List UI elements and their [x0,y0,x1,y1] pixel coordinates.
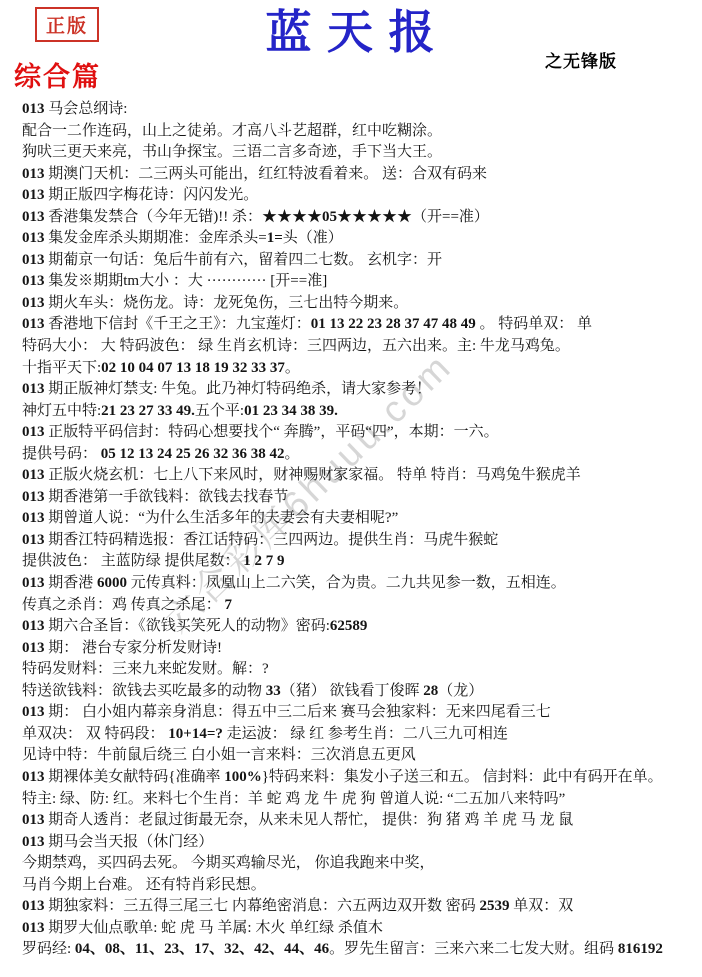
report-line: 013 期六合圣旨：《欲钱买笑死人的动物》密码:62589 [22,616,698,638]
report-line: 013 期曾道人说：“为什么生活多年的夫妻会有夫妻相呢?” [22,508,698,530]
report-line: 特主: 绿、防: 红。来料七个生肖：羊 蛇 鸡 龙 牛 虎 狗 曾道人说: “二… [22,789,698,811]
edition-subtitle: 之无锋版 [545,47,617,72]
report-line: 013 集发※期期tm大小 ：大 ············ [开==准] [22,271,698,293]
report-line: 罗码经: 04、08、11、23、17、32、42、44、46。罗先生留言：三来… [22,939,698,961]
report-line: 013 期香港 6000 元传真料：凤凰山上二六笑，合为贵。二九共见参一数，五相… [22,573,698,595]
report-line: 013 期澳门天机：二三两头可能出，红红特波看着来。 送：合双有码来 [22,164,698,186]
report-line: 013 期： 港台专家分析发财诗! [22,638,698,660]
report-line: 013 正版火烧玄机：七上八下来风时，财神赐财家家福。 特单 特肖：马鸡兔牛猴虎… [22,465,698,487]
report-line: 013 期正版四字梅花诗：闪闪发光。 [22,185,698,207]
report-line: 013 马会总纲诗: [22,99,698,121]
report-line: 十指平天下:02 10 04 07 13 18 19 32 33 37。 [22,358,698,380]
report-page: 正版 蓝 天 报 之无锋版 综合篇 六合彩库6huuu.com 013 马会总纲… [0,0,702,977]
report-line: 013 期香江特码精选报：香江话特码：三四两边。提供生肖：马虎牛猴蛇 [22,530,698,552]
report-line: 马肖今期上台难。 还有特肖彩民想。 [22,875,698,897]
report-line: 013 期罗大仙点歌单: 蛇 虎 马 羊属: 木火 单红绿 杀值木 [22,918,698,940]
section-heading: 综合篇 [14,55,101,94]
report-line: 013 集发金库杀头期期准：金库杀头=1=头（准） [22,228,698,250]
report-line: 特码大小： 大 特码波色： 绿 生肖玄机诗：三四两边，五六出来。主: 牛龙马鸡兔… [22,336,698,358]
report-line: 见诗中特：牛前鼠后绕三 白小姐一言来料：三次消息五更风 [22,745,698,767]
report-line: 提供波色： 主蓝防绿 提供尾数： 1 2 7 9 [22,551,698,573]
report-line: 013 香港集发禁合（今年无错)!! 杀：★★★★05★★★★★（开==准） [22,207,698,229]
report-line: 狗吠三更天来亮，书山争探宝。三语二言多奇迹，手下当大王。 [22,142,698,164]
report-line: 013 期香港第一手欲钱料：欲钱去找春节 [22,487,698,509]
report-line: 今期禁鸡，买四码去死。 今期买鸡输尽光， 你追我跑来中奖， [22,853,698,875]
report-line: 传真之杀肖：鸡 传真之杀尾： 7 [22,595,698,617]
report-line: 013 期独家料：三五得三尾三七 内幕绝密消息：六五两边双开数 密码 2539 … [22,896,698,918]
report-line: 013 期葡京一句话：兔后牛前有六，留着四二七数。 玄机字：开 [22,250,698,272]
report-line: 提供号码： 05 12 13 24 25 26 32 36 38 42。 [22,444,698,466]
report-line: 神灯五中特:21 23 27 33 49.五个平:01 23 34 38 39. [22,401,698,423]
report-line: 013 期奇人透肖：老鼠过街最无奈，从来未见人帮忙， 提供：狗 猪 鸡 羊 虎 … [22,810,698,832]
report-line: 013 期马会当天报（休门经） [22,832,698,854]
report-line: 013 期火车头：烧伤龙。诗：龙死兔伤，三七出特今期来。 [22,293,698,315]
report-line: 特码发财料：三来九来蛇发财。解：? [22,659,698,681]
report-line: 特送欲钱料：欲钱去买吃最多的动物 33（猪） 欲钱看丁俊晖 28（龙） [22,681,698,703]
report-line: 013 正版特平码信封：特码心想要找个“ 奔腾”，平码“四”，本期：一六。 [22,422,698,444]
report-line: 配合一二作连码，山上之徒弟。才高八斗艺超群，红中吃糊涂。 [22,121,698,143]
report-line: 013 期裸体美女献特码{准确率 100%}特码来料：集发小子送三和五。 信封料… [22,767,698,789]
report-line: 013 期： 白小姐内幕亲身消息：得五中三二后来 赛马会独家料：无来四尾看三七 [22,702,698,724]
report-line: 单双决： 双 特码段： 10+14=? 走运波： 绿 红 参考生肖：二八三九可相… [22,724,698,746]
report-line: 013 期正版神灯禁支: 牛兔。此乃神灯特码绝杀，请大家参考！ [22,379,698,401]
report-line: 013 香港地下信封《千王之王》：九宝莲灯：01 13 22 23 28 37 … [22,314,698,336]
report-body: 013 马会总纲诗:配合一二作连码，山上之徒弟。才高八斗艺超群，红中吃糊涂。狗吠… [22,99,698,961]
